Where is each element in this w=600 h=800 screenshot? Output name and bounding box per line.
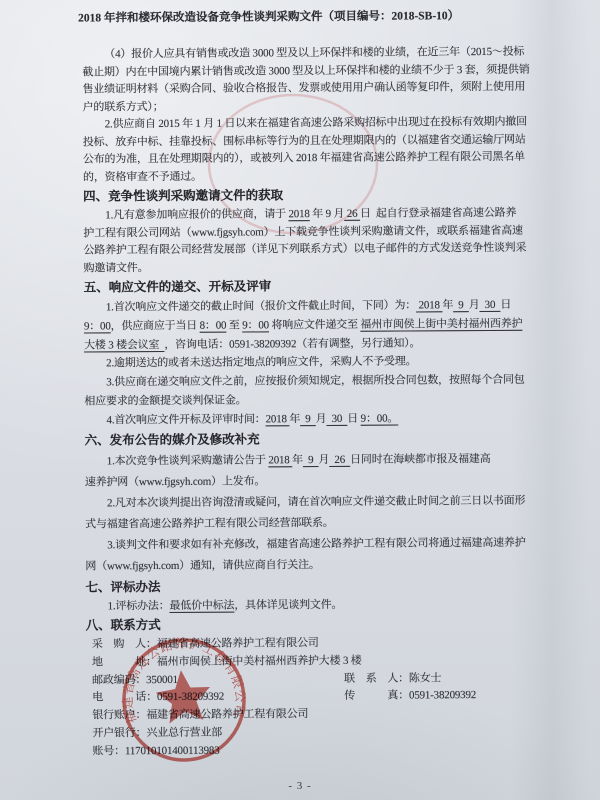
- contact-label-value: 采 购 人：福建省高速公路养护工程有限公司: [92, 637, 319, 650]
- paragraph-qualification: （4）报价人应具有销售或改造 3000 型及以上环保拌和楼的业绩，在近三年（20…: [82, 44, 568, 117]
- contact-label-value: 电 话：0591-38209392: [92, 691, 224, 704]
- text-line: 1.评标办法：最低价中标法，具体详见谈判文件。: [86, 595, 572, 615]
- text-line: 售业绩证明材料（采购合同、验收合格报告、发票或使用用户确认函等复印件，须附上使用…: [82, 79, 568, 99]
- section-heading-6: 六、发布公告的媒介及修改补充: [85, 428, 571, 450]
- paragraph-blacklist: 2.供应商自 2015 年 1 月 1 日以来在福建省高速公路采购招标中出现过在…: [83, 114, 569, 187]
- text-line: 购邀请文件。: [84, 257, 570, 277]
- text-line: 2.凡对本次谈判提出咨询澄清或疑问，请在首次响应文件递交截止时间之前三日以书面形: [85, 490, 571, 514]
- text-line: 公路养护工程有限公司经营发展部（详见下列联系方式）以电子邮件的方式发送竞争性谈判…: [83, 240, 569, 260]
- contact-label-value: 开户银行：兴业总行营业部: [92, 727, 222, 740]
- contact-row-account-number: 账号：117010101400113983: [86, 740, 572, 761]
- section-5-body: 1.首次响应文件递交的截止时间（报价文件截止时间，下同）为： 2018 年 9 …: [84, 296, 571, 431]
- section-6-body: 1.本次竞争性谈判采购邀请公告于 2018 年 9 月 26 日同时在海峡都市报…: [85, 448, 572, 577]
- document-title: 2018 年拌和楼环保改造设备竞争性谈判采购文件（项目编号：2018-SB-10…: [78, 9, 568, 27]
- section-heading-5: 五、响应文件的递交、开标及评审: [84, 276, 570, 298]
- text-line: 4.首次响应文件开标及评审时间：2018 年 9 月 30 日 9：00。: [84, 408, 570, 430]
- section-4-body: 1.凡有意参加响应报价的供应商，请于 2018 年 9 月 26 日 起自行登录…: [83, 205, 569, 278]
- text-line: 2.供应商自 2015 年 1 月 1 日以来在福建省高速公路采购招标中出现过在…: [83, 114, 569, 134]
- contact-label-value: 地 址：福州市闽侯上街中美村福州西养护大楼 3 楼: [92, 655, 362, 669]
- page-number: - 3 -: [0, 780, 600, 792]
- text-line: 3.谈判文件和要求如有补充修改，福建省高速公路养护工程有限公司将通过福建高速养护: [85, 532, 571, 556]
- text-line: 式与福建省高速公路养护工程有限公司经营部联系。: [85, 511, 571, 535]
- text-line: （4）报价人应具有销售或改造 3000 型及以上环保拌和楼的业绩，在近三年（20…: [82, 44, 568, 64]
- contact-block: 采 购 人：福建省高速公路养护工程有限公司 地 址：福州市闽侯上街中美村福州西养…: [86, 634, 573, 762]
- text-line: 9：00，供应商应于当日 8：00 至 9：00 将响应文件递交至 福州市闽侯上…: [84, 314, 570, 336]
- section-heading-8: 八、联系方式: [86, 614, 572, 636]
- text-line: 1.本次竞争性谈判采购邀请公告于 2018 年 9 月 26 日同时在海峡都市报…: [85, 448, 571, 472]
- text-line: 的，资格审查不予通过。: [83, 166, 569, 186]
- section-heading-7: 七、评标办法: [85, 575, 571, 597]
- section-7-body: 1.评标办法：最低价中标法，具体详见谈判文件。: [86, 595, 572, 615]
- contact-person: 联 系 人：陈女士: [344, 670, 441, 688]
- section-heading-4: 四、竞争性谈判采购邀请文件的获取: [83, 185, 569, 207]
- text-line: 1.凡有意参加响应报价的供应商，请于 2018 年 9 月 26 日 起自行登录…: [83, 205, 569, 225]
- contact-fax: 传 真：0591-38209392: [344, 688, 476, 707]
- contact-label-value: 银行账户：福建省高速公路养护工程有限公司: [92, 708, 308, 721]
- contact-label-value: 账号：117010101400113983: [92, 745, 219, 758]
- contact-label-value: 邮政编码：350001: [92, 674, 178, 687]
- text-line: 速养护网（www.fjgsyh.com）上发布。: [85, 469, 571, 493]
- text-line: 公布的为准，且在处理期限内的），或被列入 2018 年福建省高速公路养护工程有限…: [83, 149, 569, 169]
- text-line: 3.供应商在递交响应文件之前，应按报价须知规定，根据所投合同包数，按照每个合同包: [84, 371, 570, 393]
- text-line: 网（www.fjgsyh.com）通知，请供应商自行关注。: [85, 553, 571, 577]
- document-body: 2018 年拌和楼环保改造设备竞争性谈判采购文件（项目编号：2018-SB-10…: [82, 7, 573, 762]
- document-page: 2018 年拌和楼环保改造设备竞争性谈判采购文件（项目编号：2018-SB-10…: [0, 0, 600, 800]
